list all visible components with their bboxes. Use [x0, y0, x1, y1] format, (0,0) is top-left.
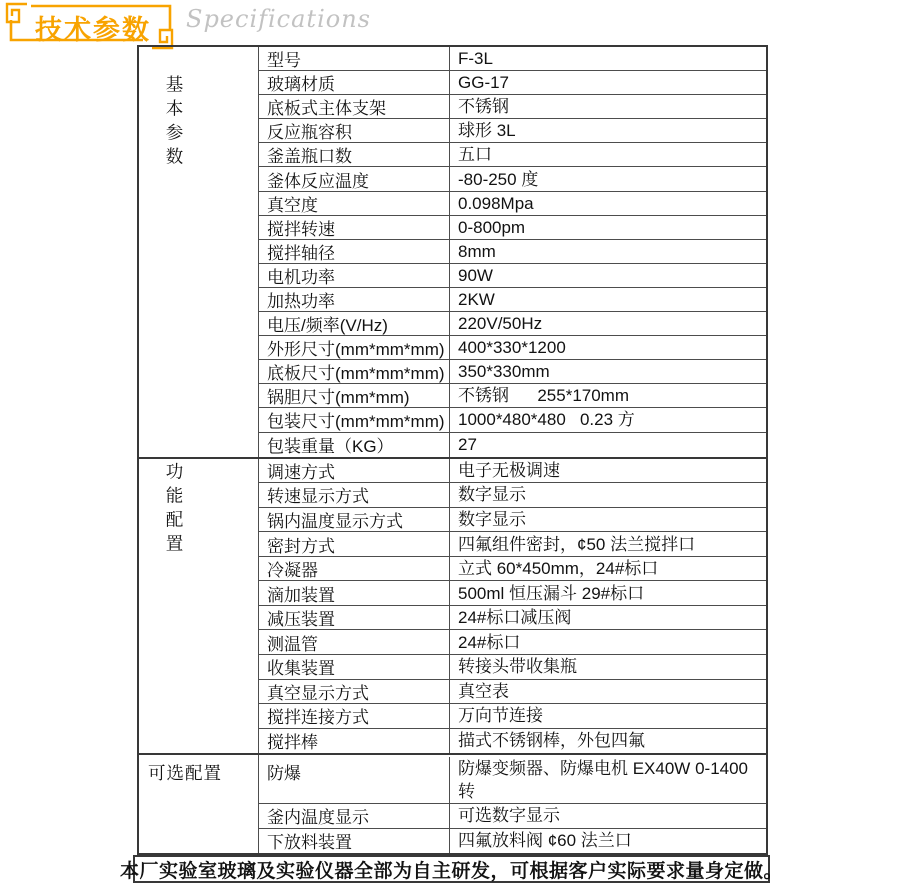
- param-name: 测温管: [259, 630, 450, 654]
- param-value: 描式不锈钢棒，外包四氟: [450, 729, 766, 752]
- table-row: 釜内温度显示可选数字显示: [259, 804, 766, 829]
- param-value: 1000*480*480 0.23 方: [450, 408, 766, 431]
- table-row: 防爆防爆变频器、防爆电机 EX40W 0-1400 转: [259, 755, 766, 804]
- param-name: 锅胆尺寸(mm*mm): [259, 384, 450, 407]
- param-name: 外形尺寸(mm*mm*mm): [259, 336, 450, 359]
- table-row: 加热功率2KW: [259, 288, 766, 312]
- param-name: 底板式主体支架: [259, 95, 450, 118]
- param-name: 底板尺寸(mm*mm*mm): [259, 360, 450, 383]
- param-value: 2KW: [450, 288, 766, 311]
- param-name: 真空显示方式: [259, 680, 450, 704]
- param-name: 搅拌棒: [259, 729, 450, 754]
- page-title: 技术参数: [32, 8, 154, 47]
- param-value: 220V/50Hz: [450, 312, 766, 335]
- table-row: 包装尺寸(mm*mm*mm)1000*480*480 0.23 方: [259, 408, 766, 432]
- param-name: 加热功率: [259, 288, 450, 311]
- spec-table: 基本参数 型号F-3L 玻璃材质GG-17 底板式主体支架不锈钢 反应瓶容积球形…: [137, 45, 768, 855]
- param-value: 四氟放料阀 ¢60 法兰口: [450, 829, 766, 852]
- param-name: 转速显示方式: [259, 483, 450, 507]
- param-value: 0-800pm: [450, 216, 766, 239]
- param-value: 防爆变频器、防爆电机 EX40W 0-1400 转: [450, 757, 766, 803]
- param-value: 数字显示: [450, 483, 766, 506]
- table-row: 锅内温度显示方式数字显示: [259, 508, 766, 533]
- param-name: 电机功率: [259, 264, 450, 287]
- param-value: 球形 3L: [450, 119, 766, 142]
- table-row: 收集装置转接头带收集瓶: [259, 655, 766, 680]
- table-row: 反应瓶容积球形 3L: [259, 119, 766, 143]
- param-name: 反应瓶容积: [259, 119, 450, 142]
- section-label-optional: 可选配置: [139, 755, 259, 853]
- table-row: 电压/频率(V/Hz)220V/50Hz: [259, 312, 766, 336]
- section-basic-params: 基本参数 型号F-3L 玻璃材质GG-17 底板式主体支架不锈钢 反应瓶容积球形…: [139, 47, 766, 459]
- section-function-config: 功能配置 调速方式电子无极调速 转速显示方式数字显示 锅内温度显示方式数字显示 …: [139, 459, 766, 756]
- table-row: 真空显示方式真空表: [259, 680, 766, 705]
- header: 技术参数 Specifications: [0, 0, 900, 46]
- section-label-basic: 基本参数: [139, 47, 259, 457]
- param-value: 400*330*1200: [450, 336, 766, 359]
- param-name: 滴加装置: [259, 581, 450, 605]
- table-row: 电机功率90W: [259, 264, 766, 288]
- param-value: 数字显示: [450, 508, 766, 531]
- section-label-function: 功能配置: [139, 459, 259, 754]
- title-ornament-frame: 技术参数: [2, 1, 180, 49]
- section-optional-config: 可选配置 防爆防爆变频器、防爆电机 EX40W 0-1400 转 釜内温度显示可…: [139, 755, 766, 853]
- param-value: 350*330mm: [450, 360, 766, 383]
- param-value: 万向节连接: [450, 704, 766, 727]
- param-name: 包装重量（KG）: [259, 433, 450, 457]
- param-name: 搅拌连接方式: [259, 704, 450, 728]
- param-name: 玻璃材质: [259, 71, 450, 94]
- param-value: -80-250 度: [450, 168, 766, 191]
- param-name: 釜内温度显示: [259, 804, 450, 828]
- table-row: 釜盖瓶口数五口: [259, 143, 766, 167]
- param-name: 冷凝器: [259, 557, 450, 581]
- param-value: 0.098Mpa: [450, 192, 766, 215]
- param-name: 锅内温度显示方式: [259, 508, 450, 532]
- param-name: 搅拌轴径: [259, 240, 450, 263]
- param-value: 立式 60*450mm，24#标口: [450, 557, 766, 580]
- table-row: 转速显示方式数字显示: [259, 483, 766, 508]
- param-value: 24#标口: [450, 631, 766, 654]
- param-name: 釜盖瓶口数: [259, 143, 450, 166]
- param-name: 真空度: [259, 192, 450, 215]
- page-subtitle: Specifications: [186, 5, 371, 33]
- table-row: 底板尺寸(mm*mm*mm)350*330mm: [259, 360, 766, 384]
- param-value: GG-17: [450, 71, 766, 94]
- param-value: 不锈钢: [450, 95, 766, 118]
- table-row: 搅拌棒描式不锈钢棒，外包四氟: [259, 729, 766, 754]
- param-name: 型号: [259, 47, 450, 70]
- param-value: 不锈钢 255*170mm: [450, 384, 766, 407]
- param-value: 27: [450, 433, 766, 456]
- param-name: 下放料装置: [259, 829, 450, 854]
- table-row: 测温管24#标口: [259, 630, 766, 655]
- table-row: 搅拌转速0-800pm: [259, 216, 766, 240]
- param-name: 防爆: [259, 757, 450, 803]
- param-name: 包装尺寸(mm*mm*mm): [259, 408, 450, 431]
- footer-note: 本厂实验室玻璃及实验仪器全部为自主研发，可根据客户实际要求量身定做。: [133, 855, 770, 883]
- table-row: 真空度0.098Mpa: [259, 192, 766, 216]
- param-value: F-3L: [450, 47, 766, 70]
- table-row: 包装重量（KG）27: [259, 433, 766, 457]
- section-rows: 型号F-3L 玻璃材质GG-17 底板式主体支架不锈钢 反应瓶容积球形 3L 釜…: [259, 47, 766, 457]
- table-row: 冷凝器立式 60*450mm，24#标口: [259, 557, 766, 582]
- table-row: 搅拌连接方式万向节连接: [259, 704, 766, 729]
- table-row: 玻璃材质GG-17: [259, 71, 766, 95]
- param-name: 搅拌转速: [259, 216, 450, 239]
- param-name: 釜体反应温度: [259, 167, 450, 190]
- param-value: 真空表: [450, 680, 766, 703]
- table-row: 锅胆尺寸(mm*mm)不锈钢 255*170mm: [259, 384, 766, 408]
- param-value: 500ml 恒压漏斗 29#标口: [450, 582, 766, 605]
- param-value: 电子无极调速: [450, 459, 766, 482]
- section-rows: 调速方式电子无极调速 转速显示方式数字显示 锅内温度显示方式数字显示 密封方式四…: [259, 459, 766, 754]
- table-row: 减压装置24#标口减压阀: [259, 606, 766, 631]
- param-name: 收集装置: [259, 655, 450, 679]
- table-row: 外形尺寸(mm*mm*mm)400*330*1200: [259, 336, 766, 360]
- param-value: 五口: [450, 143, 766, 166]
- param-name: 减压装置: [259, 606, 450, 630]
- table-row: 密封方式四氟组件密封，¢50 法兰搅拌口: [259, 532, 766, 557]
- param-value: 可选数字显示: [450, 804, 766, 827]
- table-row: 滴加装置500ml 恒压漏斗 29#标口: [259, 581, 766, 606]
- table-row: 型号F-3L: [259, 47, 766, 71]
- spec-sheet-page: 技术参数 Specifications 基本参数 型号F-3L 玻璃材质GG-1…: [0, 0, 900, 884]
- param-name: 电压/频率(V/Hz): [259, 312, 450, 335]
- param-value: 8mm: [450, 240, 766, 263]
- param-name: 密封方式: [259, 532, 450, 556]
- param-value: 90W: [450, 264, 766, 287]
- param-value: 转接头带收集瓶: [450, 655, 766, 678]
- table-row: 釜体反应温度-80-250 度: [259, 167, 766, 191]
- table-row: 底板式主体支架不锈钢: [259, 95, 766, 119]
- table-row: 调速方式电子无极调速: [259, 459, 766, 484]
- param-name: 调速方式: [259, 459, 450, 483]
- param-value: 24#标口减压阀: [450, 606, 766, 629]
- section-rows: 防爆防爆变频器、防爆电机 EX40W 0-1400 转 釜内温度显示可选数字显示…: [259, 755, 766, 853]
- param-value: 四氟组件密封，¢50 法兰搅拌口: [450, 533, 766, 556]
- table-row: 下放料装置四氟放料阀 ¢60 法兰口: [259, 829, 766, 854]
- table-row: 搅拌轴径8mm: [259, 240, 766, 264]
